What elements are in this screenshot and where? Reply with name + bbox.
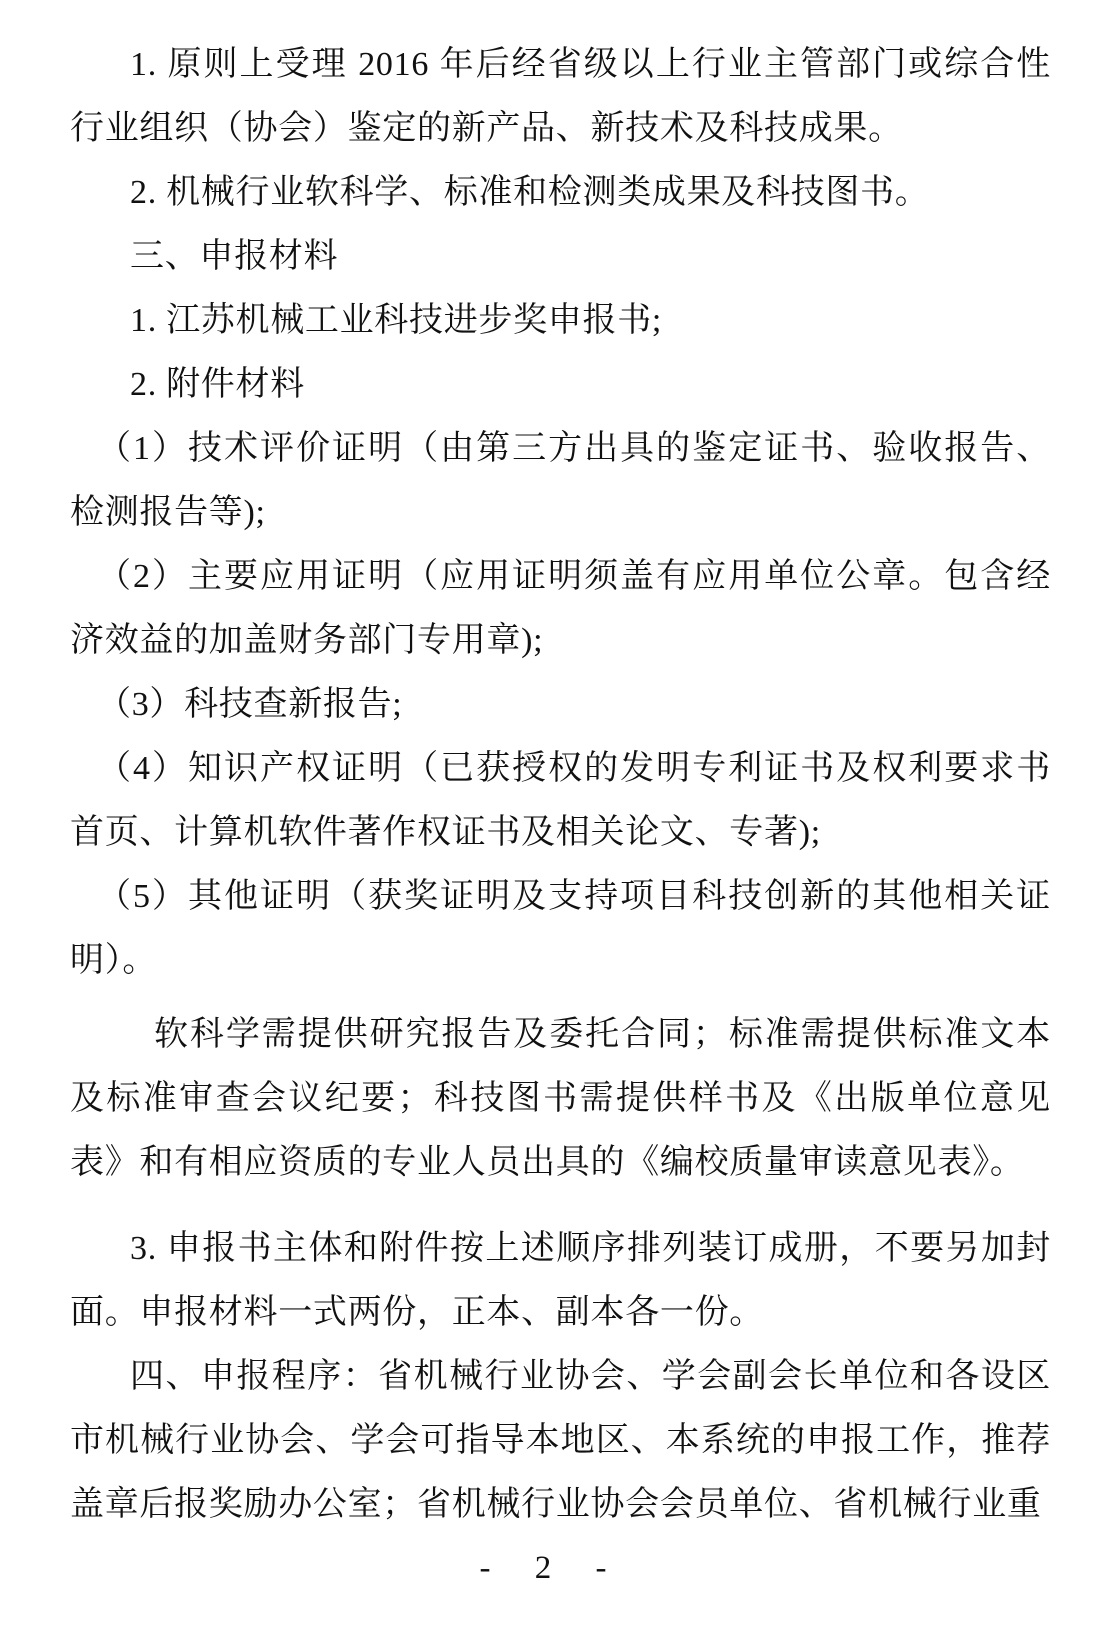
document-body: 1. 原则上受理 2016 年后经省级以上行业主管部门或综合性行业组织（协会）鉴… — [70, 33, 1051, 1537]
doc-paragraph: 2. 机械行业软科学、标准和检测类成果及科技图书。 — [70, 161, 1051, 225]
doc-section-heading: 四、申报程序：省机械行业协会、学会副会长单位和各设区市机械行业协会、学会可指导本… — [70, 1345, 1051, 1537]
doc-section-heading: 三、申报材料 — [70, 225, 1051, 289]
document-page: 1. 原则上受理 2016 年后经省级以上行业主管部门或综合性行业组织（协会）鉴… — [0, 0, 1098, 1628]
doc-paragraph: 1. 江苏机械工业科技进步奖申报书; — [70, 289, 1051, 353]
page-number: - 2 - — [0, 1550, 1098, 1587]
doc-paragraph: 3. 申报书主体和附件按上述顺序排列装订成册，不要另加封面。申报材料一式两份，正… — [70, 1217, 1051, 1345]
doc-paragraph: 1. 原则上受理 2016 年后经省级以上行业主管部门或综合性行业组织（协会）鉴… — [70, 33, 1051, 161]
doc-paragraph: 2. 附件材料 — [70, 353, 1051, 417]
doc-paragraph: 软科学需提供研究报告及委托合同；标准需提供标准文本及标准审查会议纪要；科技图书需… — [70, 1003, 1051, 1195]
doc-paragraph: （4）知识产权证明（已获授权的发明专利证书及权利要求书首页、计算机软件著作权证书… — [70, 737, 1051, 865]
doc-paragraph: （1）技术评价证明（由第三方出具的鉴定证书、验收报告、检测报告等); — [70, 417, 1051, 545]
doc-paragraph: （5）其他证明（获奖证明及支持项目科技创新的其他相关证明）。 — [70, 865, 1051, 993]
doc-paragraph: （3）科技查新报告; — [70, 673, 1051, 737]
doc-paragraph: （2）主要应用证明（应用证明须盖有应用单位公章。包含经济效益的加盖财务部门专用章… — [70, 545, 1051, 673]
